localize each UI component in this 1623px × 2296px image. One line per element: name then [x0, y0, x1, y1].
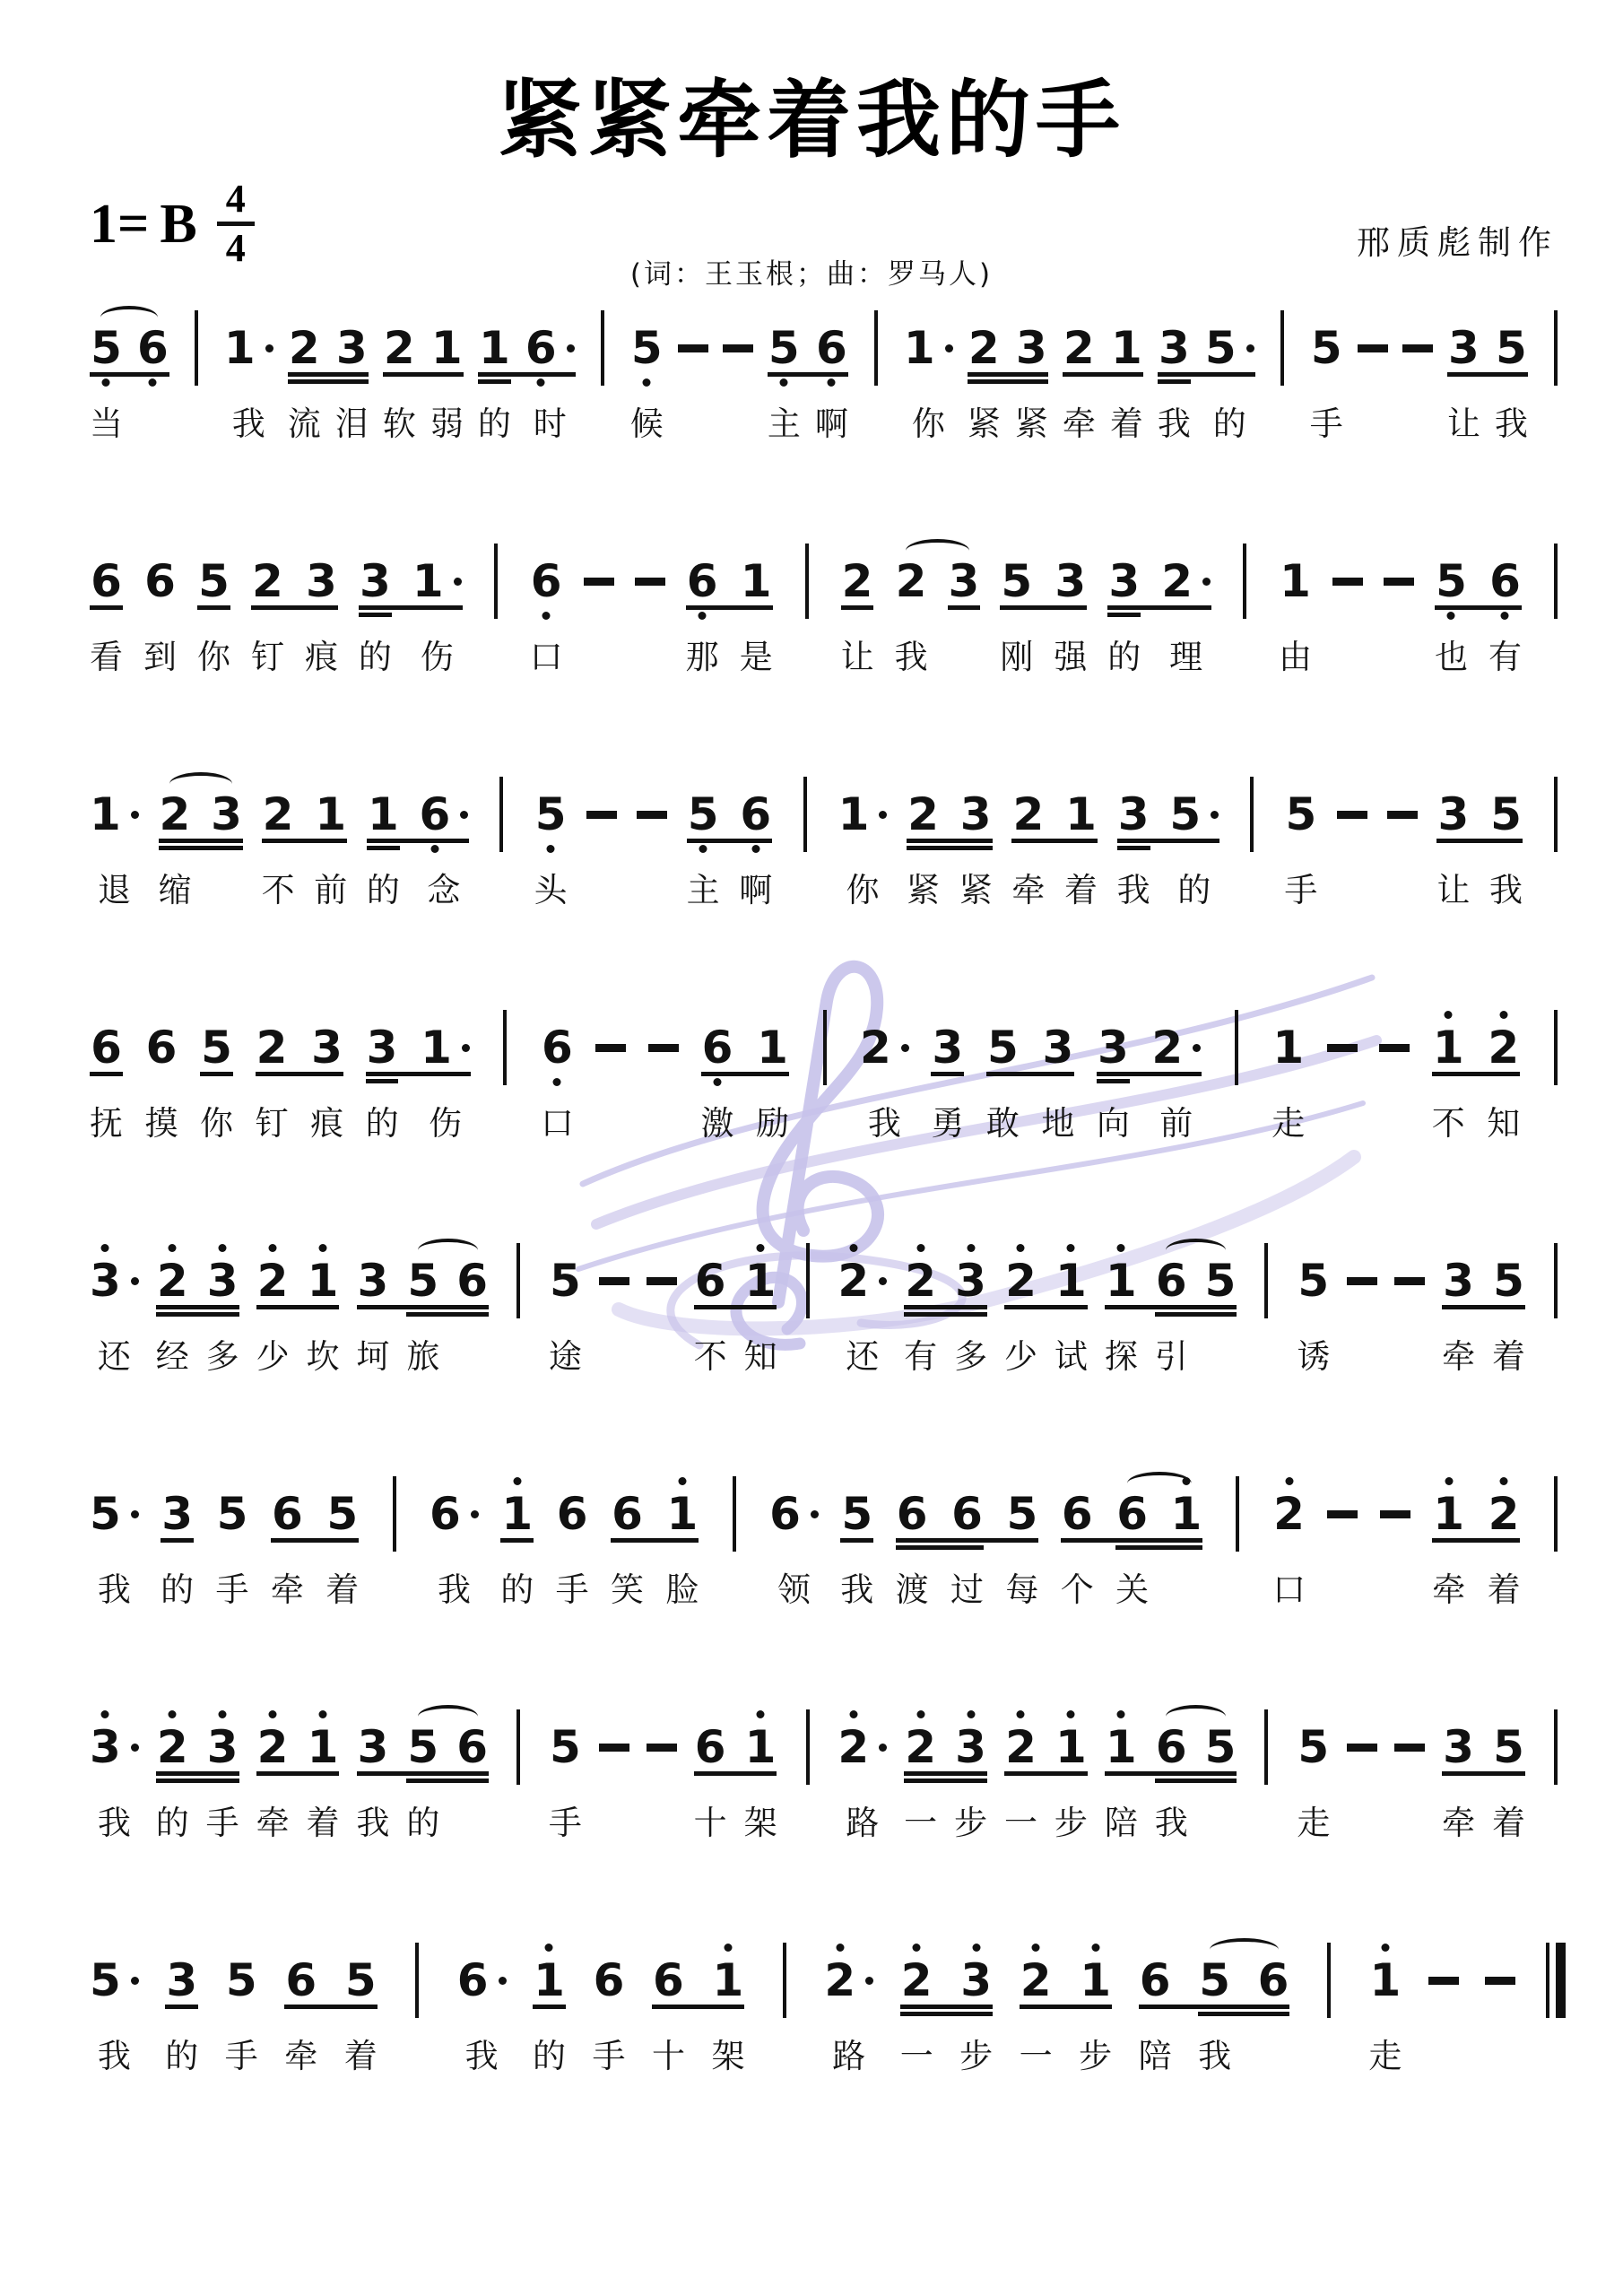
- note-digit: 6: [91, 1025, 122, 1070]
- note-digit: 2: [157, 1258, 188, 1303]
- note: 6牵: [271, 1482, 304, 1611]
- beam-underline: [611, 1538, 699, 1543]
- lyric-syllable: 励: [756, 1102, 789, 1144]
- beam-underline: [1158, 379, 1191, 384]
- note-digit: 3: [311, 1025, 343, 1070]
- note: 6陪: [1139, 1948, 1172, 2077]
- lyric-syllable: 我: [1158, 403, 1191, 445]
- note: 2口: [1272, 1482, 1306, 1611]
- note-digit: 6: [285, 1958, 317, 2003]
- barline: [806, 1243, 810, 1318]
- note: 5我: [90, 1948, 139, 2077]
- beam-underline: [359, 613, 392, 617]
- note-digit: 3: [1108, 559, 1140, 604]
- note-digit: 6: [557, 1492, 588, 1536]
- lyric-syllable: 你: [912, 403, 945, 445]
- note-digit: 6: [456, 1258, 488, 1303]
- lyric-syllable: 那: [686, 636, 719, 678]
- lyric-syllable: 手: [1310, 403, 1343, 445]
- note: 1探: [1105, 1248, 1138, 1378]
- note: 3牵: [1442, 1715, 1475, 1844]
- note: 6摸: [145, 1015, 178, 1144]
- lyric-syllable: 我: [465, 2035, 499, 2077]
- sheet-music-page: 紧紧牵着我的手 1=B 4 4 (词：王玉根；曲：罗马人) 邢质彪制作 5当61…: [0, 0, 1623, 2296]
- note: 2着: [1488, 1482, 1521, 1611]
- lyric-syllable: 脸: [665, 1569, 699, 1611]
- note: 5的: [1205, 316, 1254, 445]
- beam-underline: [768, 372, 848, 377]
- bar: [771, 1948, 798, 2077]
- note: 3强: [1054, 549, 1087, 678]
- beam-underline: [900, 2005, 993, 2009]
- note: 1脸: [665, 1482, 699, 1611]
- lyric-syllable: 的: [367, 869, 400, 911]
- beam-underline: [1442, 1771, 1525, 1776]
- note-digit: 5: [1490, 792, 1522, 837]
- note-digit: 3: [949, 559, 980, 604]
- note-digit: 6: [144, 559, 176, 604]
- note-digit: 1: [1433, 1025, 1464, 1070]
- note-digit: 2: [842, 559, 873, 604]
- lyric-syllable: 陪: [1105, 1802, 1138, 1844]
- note-digit: 2: [1005, 1725, 1037, 1770]
- barline: [1243, 544, 1246, 619]
- dash: [595, 1015, 626, 1144]
- note: 1励: [756, 1015, 789, 1144]
- note-digit: 3: [1016, 326, 1047, 370]
- barline: [1554, 1709, 1558, 1785]
- dash: [1485, 1948, 1515, 2077]
- barline: [503, 1010, 507, 1085]
- augmentation-dot-icon: [1193, 1044, 1201, 1052]
- lyric-syllable: 领: [777, 1569, 811, 1611]
- lyric-syllable: 着: [325, 1569, 359, 1611]
- note: 1伤: [412, 549, 462, 678]
- note: 2还: [838, 1248, 887, 1378]
- lyric-syllable: 主: [768, 403, 801, 445]
- lyric-syllable: 时: [534, 403, 567, 445]
- lyric-syllable: 多: [206, 1335, 239, 1378]
- bar: [488, 782, 515, 911]
- augmentation-dot-icon: [1202, 578, 1211, 586]
- note: 6我: [430, 1482, 479, 1611]
- note: 5每: [1005, 1482, 1038, 1611]
- lyric-syllable: 口: [541, 1102, 574, 1144]
- note-digit: 5: [1001, 559, 1032, 604]
- note-digit: 5: [1205, 1725, 1237, 1770]
- beam-underline: [90, 372, 169, 377]
- lyric-syllable: 十: [694, 1802, 727, 1844]
- lyric-syllable: 念: [427, 869, 460, 911]
- note-digit: 6: [420, 792, 451, 837]
- lyric-syllable: 坎: [306, 1335, 339, 1378]
- note-digit: 3: [306, 559, 337, 604]
- note-digit: 5: [198, 559, 230, 604]
- bar: [1542, 549, 1569, 678]
- lyric-syllable: 路: [832, 2035, 865, 2077]
- note-digit: 1: [1055, 1258, 1087, 1303]
- dash: [637, 782, 667, 911]
- note-digit: 2: [1063, 326, 1095, 370]
- note: 5刚: [1000, 549, 1033, 678]
- note-digit: 2: [1151, 1025, 1183, 1070]
- bar: [1231, 549, 1258, 678]
- note: 1你: [904, 316, 953, 445]
- note: 5着: [1492, 1715, 1525, 1844]
- lyric-syllable: 走: [1271, 1102, 1305, 1144]
- dash: [1327, 1015, 1358, 1144]
- dash: [584, 549, 614, 678]
- duration-dash: [647, 1744, 677, 1752]
- beam-underline: [652, 2005, 744, 2009]
- beam-underline: [367, 839, 469, 843]
- lyric-syllable: 我: [98, 1802, 131, 1844]
- beam-underline: [1011, 839, 1097, 843]
- lyric-syllable: 多: [954, 1335, 987, 1378]
- note-digit: 2: [905, 1725, 936, 1770]
- bar: [589, 316, 616, 445]
- slur-arc: [1127, 1472, 1192, 1495]
- note: 1是: [740, 549, 773, 678]
- note: 1试: [1055, 1248, 1088, 1378]
- note-digit: 2: [968, 326, 1000, 370]
- lyric-syllable: 的: [478, 403, 511, 445]
- augmentation-dot-icon: [131, 1277, 139, 1285]
- lyric-syllable: 你: [846, 869, 879, 911]
- beam-underline: [262, 839, 347, 843]
- beam-underline: [367, 846, 400, 850]
- note-digit: 6: [146, 1025, 178, 1070]
- note-digit: 1: [1272, 1025, 1304, 1070]
- barline: [499, 777, 503, 852]
- duration-dash: [1380, 1510, 1410, 1518]
- note-digit: 2: [263, 792, 294, 837]
- note-digit: 6: [1258, 1958, 1289, 2003]
- note-digit: 1: [1106, 1725, 1137, 1770]
- lyric-syllable: 个: [1061, 1569, 1094, 1611]
- note: 1架: [711, 1948, 744, 2077]
- note-digit: 6: [91, 559, 122, 604]
- lyric-syllable: 着: [1110, 403, 1143, 445]
- note: 6念: [420, 782, 469, 911]
- note: 1着: [306, 1715, 339, 1844]
- augmentation-dot-icon: [454, 578, 462, 586]
- beam-underline: [406, 1779, 489, 1783]
- note-digit: 6: [456, 1725, 488, 1770]
- beam-underline: [904, 1779, 987, 1783]
- duration-dash: [1387, 811, 1418, 819]
- note-digit: 3: [960, 1958, 992, 2003]
- note-digit: 5: [841, 1492, 872, 1536]
- note: 6领: [769, 1482, 819, 1611]
- duration-dash: [1347, 1744, 1377, 1752]
- duration-dash: [648, 1044, 679, 1052]
- barline: [1236, 1476, 1239, 1552]
- note-digit: 1: [368, 792, 399, 837]
- slur-arc: [1166, 1705, 1226, 1728]
- beam-underline: [156, 1312, 239, 1317]
- bar: [1269, 316, 1296, 445]
- lyric-syllable: 紧: [1015, 403, 1048, 445]
- augmentation-dot-icon: [460, 811, 468, 819]
- lyric-syllable: 步: [954, 1802, 987, 1844]
- meter-numerator: 4: [226, 179, 246, 219]
- lyric-syllable: 途: [549, 1335, 582, 1378]
- note: 5途: [549, 1248, 582, 1378]
- lyric-syllable: 着: [306, 1802, 339, 1844]
- note: 6啊: [815, 316, 848, 445]
- barline: [601, 310, 604, 386]
- note: 1着: [1110, 316, 1143, 445]
- beam-underline: [271, 1538, 359, 1543]
- note-digit: 6: [687, 559, 718, 604]
- note: 6有: [1488, 549, 1522, 678]
- note-digit: 3: [207, 1725, 239, 1770]
- note: 2我: [860, 1015, 909, 1144]
- lyric-syllable: 知: [744, 1335, 777, 1378]
- song-title: 紧紧牵着我的手: [0, 0, 1623, 173]
- note-digit: 2: [838, 1258, 869, 1303]
- note-digit: 6: [1140, 1958, 1171, 2003]
- lyric-syllable: 牵: [1011, 869, 1045, 911]
- note-digit: 2: [257, 1725, 289, 1770]
- note-digit: 6: [612, 1492, 643, 1536]
- note: 6看: [90, 549, 123, 678]
- duration-dash: [599, 1277, 629, 1285]
- beam-underline: [896, 1545, 984, 1550]
- note-digit: 5: [1169, 792, 1201, 837]
- note: 6口: [541, 1015, 574, 1144]
- note: 1弱: [430, 316, 464, 445]
- lyric-syllable: 你: [197, 636, 230, 678]
- lyric-syllable: 缩: [158, 869, 191, 911]
- note: 5手: [225, 1948, 258, 2077]
- duration-dash: [586, 811, 617, 819]
- bar: [1315, 1948, 1342, 2077]
- bar: [482, 549, 509, 678]
- lyric-syllable: 路: [846, 1802, 879, 1844]
- music-line-2: 6看6到5你2钉3痕3的1伤6口6那1是2让2我35刚3强3的2理1由5也6有: [90, 549, 1569, 685]
- duration-dash: [599, 1744, 629, 1752]
- note-digit: 2: [257, 1258, 289, 1303]
- note-digit: 1: [1369, 1958, 1401, 2003]
- note: 6那: [686, 549, 719, 678]
- bar: [1542, 782, 1569, 911]
- note-digit: 2: [256, 1025, 288, 1070]
- duration-dash: [584, 578, 614, 586]
- note-digit: 5: [1311, 326, 1342, 370]
- lyric-syllable: 紧: [959, 869, 993, 911]
- note-digit: 5: [345, 1958, 377, 2003]
- beam-underline: [904, 1305, 987, 1309]
- lyric-syllable: 手: [225, 2035, 258, 2077]
- lyric-syllable: 关: [1115, 1569, 1149, 1611]
- note: 2钉: [256, 1015, 289, 1144]
- augmentation-dot-icon: [811, 1510, 819, 1518]
- beam-underline: [256, 1771, 340, 1776]
- lyric-syllable: 抚: [90, 1102, 123, 1144]
- note: 5你: [200, 1015, 233, 1144]
- note-digit: 1: [308, 1258, 339, 1303]
- note: 2软: [383, 316, 416, 445]
- lyric-syllable: 不: [1432, 1102, 1465, 1144]
- dash: [599, 1715, 629, 1844]
- beam-underline: [1063, 372, 1143, 377]
- beam-underline: [500, 1538, 534, 1543]
- beam-underline: [256, 1072, 343, 1076]
- lyric-syllable: 弱: [430, 403, 464, 445]
- note-digit: 2: [384, 326, 415, 370]
- beam-underline: [904, 1771, 987, 1776]
- note: 5头: [534, 782, 568, 911]
- lyric-syllable: 我: [232, 403, 265, 445]
- note-digit: 6: [951, 1492, 983, 1536]
- note: 5手: [216, 1482, 249, 1611]
- beam-underline: [1000, 605, 1087, 610]
- note-digit: 3: [955, 1258, 986, 1303]
- lyric-syllable: 口: [1272, 1569, 1306, 1611]
- note: 2牵: [1063, 316, 1096, 445]
- note-digit: 1: [1111, 326, 1142, 370]
- note: 5诱: [1297, 1248, 1330, 1378]
- note-digit: 5: [1205, 326, 1237, 370]
- lyric-syllable: 步: [1055, 1802, 1088, 1844]
- note-digit: 5: [217, 1492, 248, 1536]
- note-digit: 3: [90, 1258, 121, 1303]
- note: 6抚: [90, 1015, 123, 1144]
- lyric-syllable: 手: [549, 1802, 582, 1844]
- barline: [1235, 1010, 1238, 1085]
- lyric-syllable: 的: [156, 1802, 189, 1844]
- bar: [1542, 1482, 1569, 1611]
- note: 1架: [744, 1715, 777, 1844]
- lyric-syllable: 前: [1159, 1102, 1193, 1144]
- bar: [1253, 1715, 1280, 1844]
- note-digit: 5: [1006, 1492, 1037, 1536]
- barline: [874, 310, 878, 386]
- bar: [1542, 316, 1569, 445]
- lyric-syllable: 敢: [986, 1102, 1020, 1144]
- slur-arc: [906, 539, 969, 562]
- final-bar: [1542, 1948, 1569, 2077]
- beam-underline: [1117, 839, 1219, 843]
- note-digit: 5: [1298, 1258, 1329, 1303]
- note: 2少: [1004, 1248, 1037, 1378]
- beam-underline: [1105, 1305, 1237, 1309]
- note-digit: 1: [745, 1258, 777, 1303]
- note-digit: 3: [90, 1725, 121, 1770]
- augmentation-dot-icon: [879, 811, 887, 819]
- lyric-syllable: 的: [359, 636, 392, 678]
- beam-underline: [1432, 1538, 1520, 1543]
- note-digit: 1: [838, 792, 870, 837]
- lyric-syllable: 的: [1107, 636, 1141, 678]
- dash: [647, 1715, 677, 1844]
- note: 6激: [700, 1015, 733, 1144]
- note-digit: 5: [1436, 559, 1467, 604]
- note-digit: 6: [740, 792, 771, 837]
- note: 3让: [1436, 782, 1470, 911]
- lyric-syllable: 一: [1004, 1802, 1037, 1844]
- lyric-syllable: 激: [700, 1102, 733, 1144]
- bar: [381, 1482, 408, 1611]
- note-digit: 3: [360, 559, 391, 604]
- lyric-syllable: 由: [1279, 636, 1312, 678]
- augmentation-dot-icon: [567, 344, 575, 352]
- lyric-syllable: 一: [900, 2035, 933, 2077]
- bar: [183, 316, 210, 445]
- note-digit: 1: [741, 559, 772, 604]
- note-digit: 6: [457, 1958, 489, 2003]
- lyric-syllable: 是: [740, 636, 773, 678]
- note-digit: 6: [1156, 1725, 1187, 1770]
- note-digit: 5: [535, 792, 567, 837]
- barline: [733, 1476, 736, 1552]
- lyric-syllable: 牵: [284, 2035, 317, 2077]
- note-digit: 5: [688, 792, 719, 837]
- bar: [404, 1948, 430, 2077]
- duration-dash: [635, 578, 665, 586]
- note-digit: 2: [1161, 559, 1193, 604]
- note-digit: 1: [713, 1958, 744, 2003]
- duration-dash: [723, 344, 753, 352]
- note-digit: 6: [653, 1958, 684, 2003]
- beam-underline: [968, 372, 1048, 377]
- beam-underline: [1435, 605, 1522, 610]
- beam-underline: [687, 839, 772, 843]
- note-digit: 3: [161, 1492, 193, 1536]
- lyric-syllable: 的: [406, 1802, 439, 1844]
- beam-underline: [90, 605, 123, 610]
- note: 3勇: [931, 1015, 964, 1144]
- note: 5的: [1169, 782, 1219, 911]
- bar: [794, 1248, 821, 1378]
- note-digit: 1: [431, 326, 463, 370]
- lyric-syllable: 摸: [145, 1102, 178, 1144]
- music-line-5: 3还2经3多2少1坎3坷5旅65途6不1知2还2有3多2少1试1探6引55诱3牵…: [90, 1248, 1569, 1385]
- note-digit: 5: [1493, 1725, 1524, 1770]
- note: 1的: [500, 1482, 534, 1611]
- music-line-4: 6抚6摸5你2钉3痕3的1伤6口6激1励2我3勇5敢3地3向2前1走1不2知: [90, 1015, 1569, 1152]
- lyric-syllable: 少: [256, 1335, 290, 1378]
- lyric-syllable: 我: [438, 1569, 471, 1611]
- note: 2我: [895, 549, 928, 678]
- duration-dash: [1332, 578, 1363, 586]
- lyric-syllable: 啊: [739, 869, 772, 911]
- note-digit: 3: [1443, 1258, 1474, 1303]
- bar: [1542, 1015, 1569, 1144]
- lyric-syllable: 着: [1492, 1802, 1525, 1844]
- beam-underline: [686, 605, 773, 610]
- note-digit: 3: [207, 1258, 239, 1303]
- note: 1你: [838, 782, 888, 911]
- note-digit: 6: [1116, 1492, 1148, 1536]
- lyric-syllable: 的: [1177, 869, 1211, 911]
- beam-underline: [1155, 1779, 1237, 1783]
- augmentation-dot-icon: [499, 1977, 507, 1985]
- note-digit: 2: [896, 559, 927, 604]
- note-digit: 5: [631, 326, 663, 370]
- beam-underline: [931, 1072, 964, 1076]
- lyric-syllable: 牵: [1063, 403, 1096, 445]
- note-digit: 5: [550, 1258, 581, 1303]
- duration-dash: [1485, 1977, 1515, 1985]
- lyric-syllable: 架: [744, 1802, 777, 1844]
- note: 5你: [197, 549, 230, 678]
- beam-underline: [1004, 1305, 1088, 1309]
- barline: [783, 1943, 786, 2018]
- lyric-syllable: 到: [143, 636, 177, 678]
